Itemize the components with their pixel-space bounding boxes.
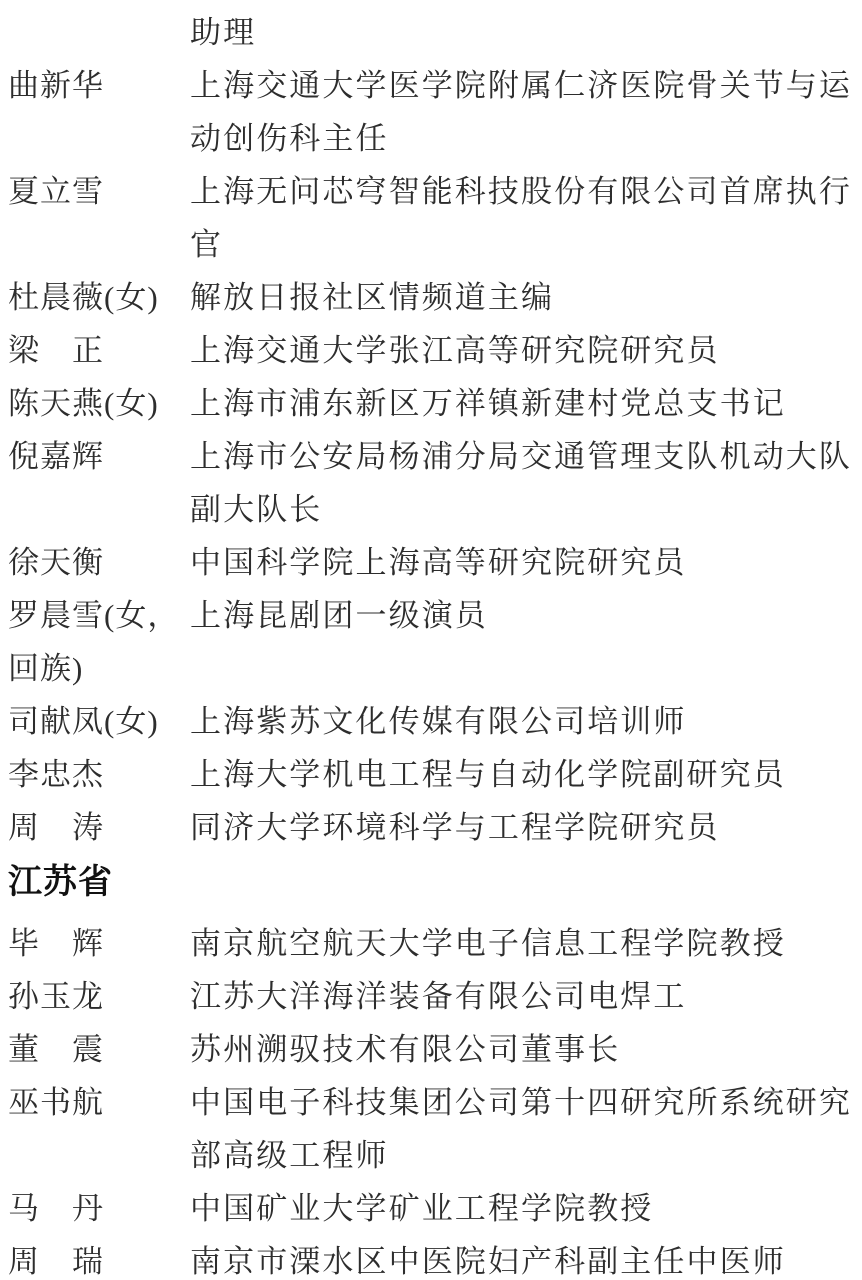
person-name: 李忠杰: [8, 748, 190, 801]
list-item: 孙玉龙 江苏大洋海洋装备有限公司电焊工: [8, 970, 852, 1023]
person-title: 助理: [190, 6, 852, 59]
person-name: 孙玉龙: [8, 970, 190, 1023]
person-name: 毕 辉: [8, 917, 190, 970]
person-name: 周 瑞: [8, 1235, 190, 1280]
person-name: 周 涛: [8, 801, 190, 854]
person-title: 江苏大洋海洋装备有限公司电焊工: [190, 970, 852, 1023]
person-title: 上海交通大学医学院附属仁济医院骨关节与运动创伤科主任: [190, 59, 852, 165]
person-title: 上海昆剧团一级演员: [190, 589, 852, 642]
list-item: 董 震 苏州溯驭技术有限公司董事长: [8, 1023, 852, 1076]
person-title: 上海紫苏文化传媒有限公司培训师: [190, 695, 852, 748]
list-item: 杜晨薇(女) 解放日报社区情频道主编: [8, 271, 852, 324]
list-item: 周 瑞 南京市溧水区中医院妇产科副主任中医师: [8, 1235, 852, 1280]
list-item: 夏立雪 上海无问芯穹智能科技股份有限公司首席执行官: [8, 165, 852, 271]
person-name: 徐天衡: [8, 536, 190, 589]
list-item: 曲新华 上海交通大学医学院附属仁济医院骨关节与运动创伤科主任: [8, 59, 852, 165]
person-title: 上海交通大学张江高等研究院研究员: [190, 324, 852, 377]
person-title: 苏州溯驭技术有限公司董事长: [190, 1023, 852, 1076]
person-name: 夏立雪: [8, 165, 190, 218]
list-item: 毕 辉 南京航空航天大学电子信息工程学院教授: [8, 917, 852, 970]
person-title: 中国电子科技集团公司第十四研究所系统研究部高级工程师: [190, 1076, 852, 1182]
list-item: 周 涛 同济大学环境科学与工程学院研究员: [8, 801, 852, 854]
list-item: 倪嘉辉 上海市公安局杨浦分局交通管理支队机动大队副大队长: [8, 430, 852, 536]
person-name: 董 震: [8, 1023, 190, 1076]
person-name: 倪嘉辉: [8, 430, 190, 483]
person-name: 杜晨薇(女): [8, 271, 190, 324]
list-item: 李忠杰 上海大学机电工程与自动化学院副研究员: [8, 748, 852, 801]
person-title: 南京航空航天大学电子信息工程学院教授: [190, 917, 852, 970]
list-item: 梁 正 上海交通大学张江高等研究院研究员: [8, 324, 852, 377]
person-title: 上海大学机电工程与自动化学院副研究员: [190, 748, 852, 801]
person-title: 同济大学环境科学与工程学院研究员: [190, 801, 852, 854]
person-title: 上海无问芯穹智能科技股份有限公司首席执行官: [190, 165, 852, 271]
section-row: 江苏省: [8, 856, 852, 915]
list-item: 巫书航 中国电子科技集团公司第十四研究所系统研究部高级工程师: [8, 1076, 852, 1182]
list-item: 司献凤(女) 上海紫苏文化传媒有限公司培训师: [8, 695, 852, 748]
list-item: 罗晨雪(女， 回族) 上海昆剧团一级演员: [8, 589, 852, 695]
person-name: 陈天燕(女): [8, 377, 190, 430]
person-name: 罗晨雪(女， 回族): [8, 589, 190, 695]
person-title: 中国矿业大学矿业工程学院教授: [190, 1182, 852, 1235]
list-item: 马 丹 中国矿业大学矿业工程学院教授: [8, 1182, 852, 1235]
list-item: 陈天燕(女) 上海市浦东新区万祥镇新建村党总支书记: [8, 377, 852, 430]
person-title: 上海市公安局杨浦分局交通管理支队机动大队副大队长: [190, 430, 852, 536]
person-title: 上海市浦东新区万祥镇新建村党总支书记: [190, 377, 852, 430]
carryover-row: 助理: [8, 6, 852, 59]
person-title: 南京市溧水区中医院妇产科副主任中医师: [190, 1235, 852, 1280]
person-title: 中国科学院上海高等研究院研究员: [190, 536, 852, 589]
person-name: 马 丹: [8, 1182, 190, 1235]
person-name: 梁 正: [8, 324, 190, 377]
section-header-jiangsu: 江苏省: [8, 862, 113, 902]
person-name: 司献凤(女): [8, 695, 190, 748]
list-item: 徐天衡 中国科学院上海高等研究院研究员: [8, 536, 852, 589]
person-name: 曲新华: [8, 59, 190, 112]
person-title: 解放日报社区情频道主编: [190, 271, 852, 324]
document-page: 助理 曲新华 上海交通大学医学院附属仁济医院骨关节与运动创伤科主任 夏立雪 上海…: [0, 0, 862, 1280]
person-name: 巫书航: [8, 1076, 190, 1129]
